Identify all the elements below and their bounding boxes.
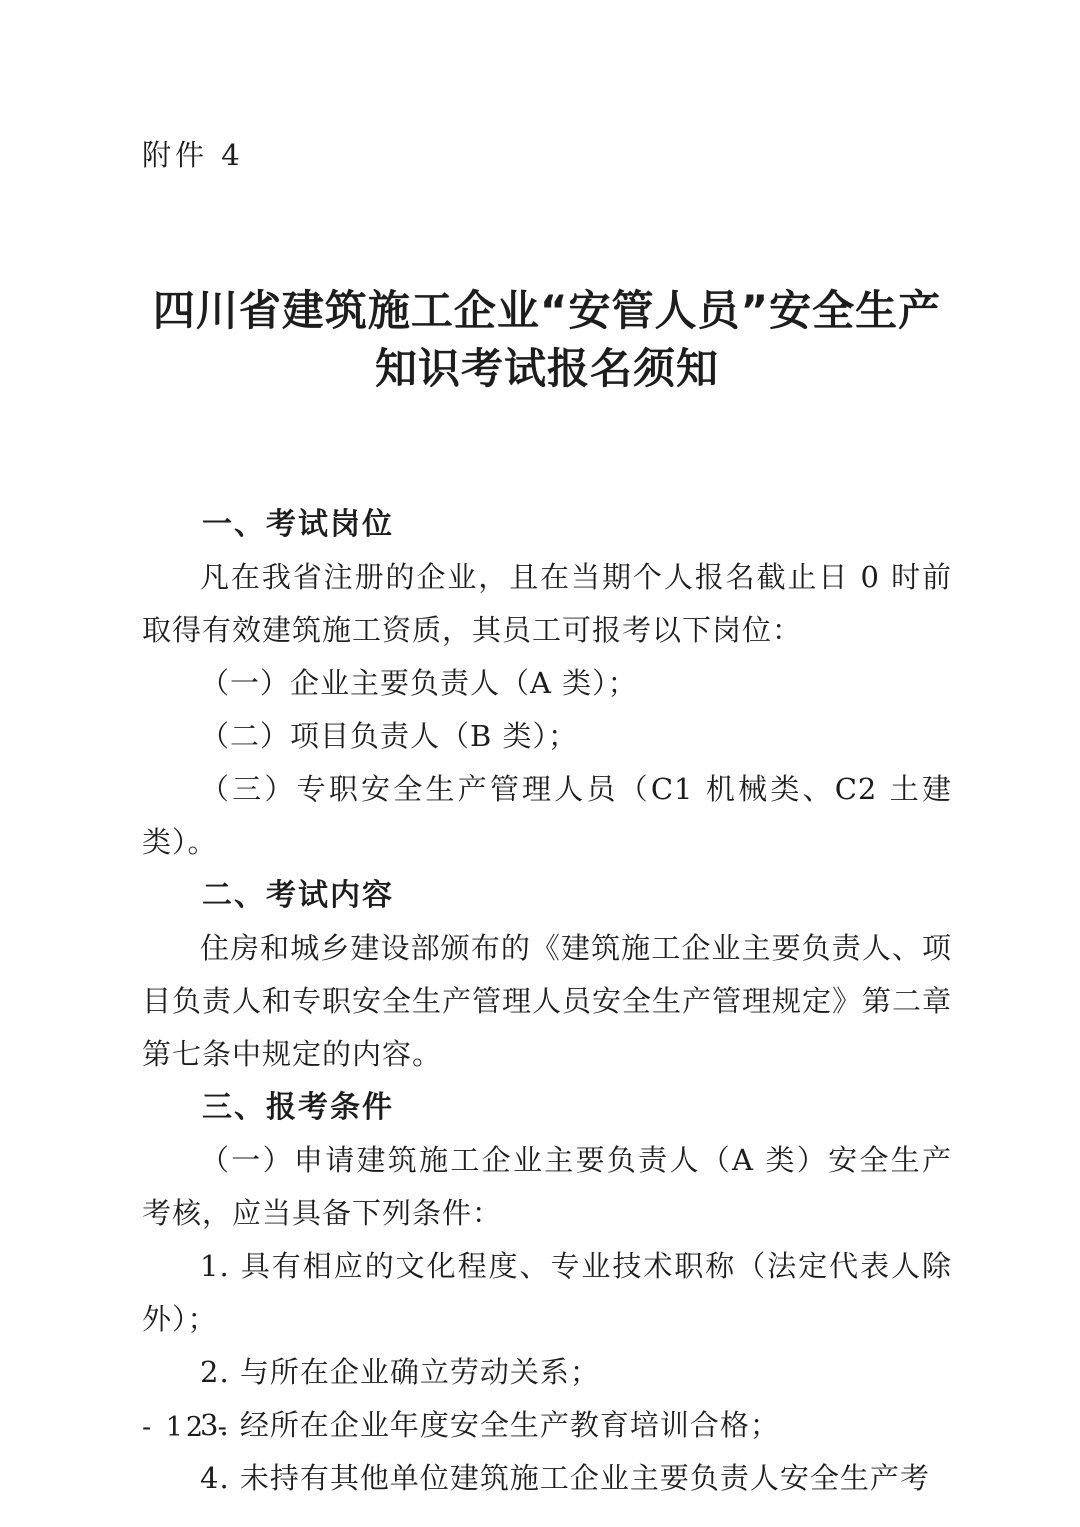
section-2-body-paragraph: 住房和城乡建设部颁布的《建筑施工企业主要负责人、项目负责人和专职安全生产管理人员…: [142, 922, 952, 1081]
title-line-2: 知识考试报名须知: [375, 344, 719, 393]
requirement-item-4: 4. 未持有其他单位建筑施工企业主要负责人安全生产考: [142, 1452, 952, 1505]
position-item-c: （三）专职安全生产管理人员（C1 机械类、C2 土建类）。: [142, 763, 952, 869]
document-title: 四川省建筑施工企业“安管人员”安全生产 知识考试报名须知: [142, 282, 952, 398]
page-number: - 12 -: [142, 1412, 230, 1444]
section-2-heading: 二、考试内容: [142, 869, 952, 922]
document-page: 附件 4 四川省建筑施工企业“安管人员”安全生产 知识考试报名须知 一、考试岗位…: [0, 0, 1080, 1527]
position-item-b: （二）项目负责人（B 类）；: [142, 710, 952, 763]
section-3-intro-paragraph: （一）申请建筑施工企业主要负责人（A 类）安全生产考核，应当具备下列条件：: [142, 1134, 952, 1240]
section-1-intro-paragraph: 凡在我省注册的企业，且在当期个人报名截止日 0 时前取得有效建筑施工资质，其员工…: [142, 551, 952, 657]
title-line-1: 四川省建筑施工企业“安管人员”安全生产: [153, 286, 941, 335]
requirement-item-3: 3. 经所在企业年度安全生产教育培训合格；: [142, 1399, 952, 1452]
position-item-a: （一）企业主要负责人（A 类）；: [142, 657, 952, 710]
requirement-item-2: 2. 与所在企业确立劳动关系；: [142, 1346, 952, 1399]
attachment-label: 附件 4: [142, 138, 952, 172]
section-1-heading: 一、考试岗位: [142, 498, 952, 551]
document-body: 一、考试岗位 凡在我省注册的企业，且在当期个人报名截止日 0 时前取得有效建筑施…: [142, 498, 952, 1505]
section-3-heading: 三、报考条件: [142, 1081, 952, 1134]
requirement-item-1: 1. 具有相应的文化程度、专业技术职称（法定代表人除外）；: [142, 1240, 952, 1346]
